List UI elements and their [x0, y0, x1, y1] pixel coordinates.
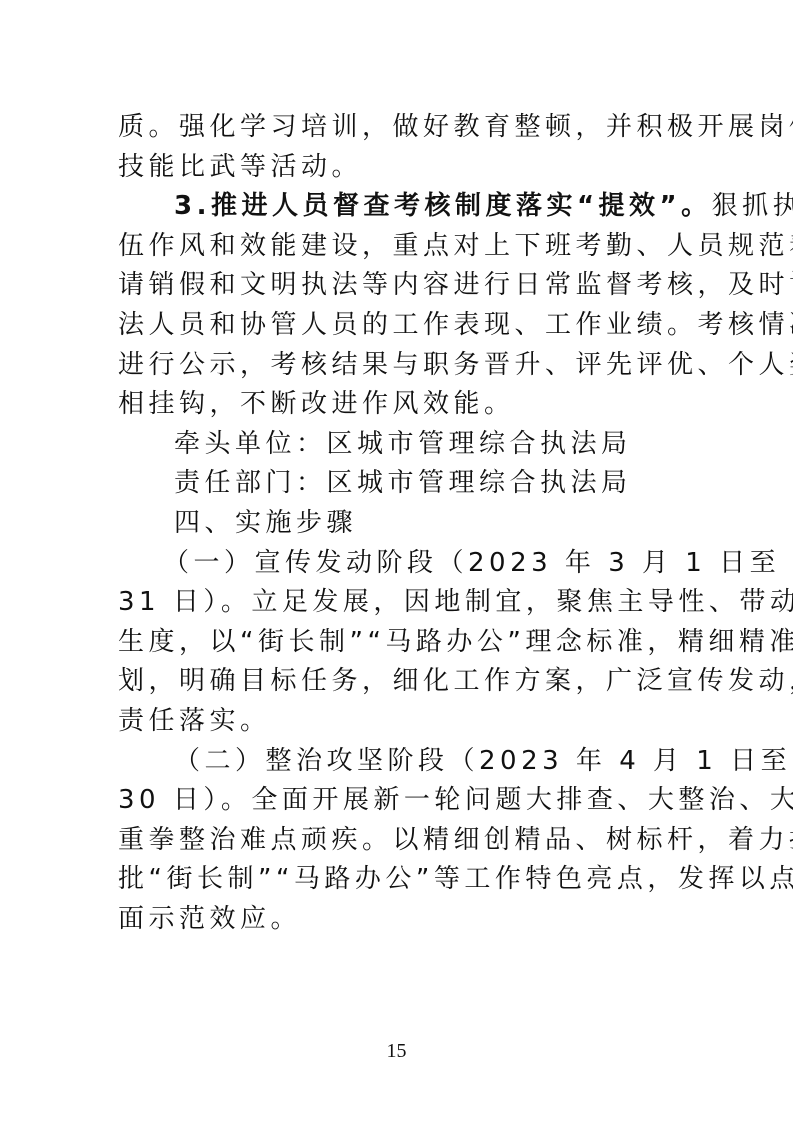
- page-number: 15: [0, 1040, 793, 1063]
- paragraph-line: 重拳整治难点顽疾。以精细创精品、树标杆，着力打造一: [118, 821, 678, 861]
- paragraph-line: 面示范效应。: [118, 900, 678, 940]
- section-heading-line: 3.推进人员督查考核制度落实“提效”。狠抓执法队: [118, 187, 678, 227]
- section-heading: 3.推进人员督查考核制度落实“提效”。: [174, 191, 712, 221]
- paragraph-line: 伍作风和效能建设，重点对上下班考勤、人员规范着装、: [118, 227, 678, 267]
- document-body: 质。强化学习培训，做好教育整顿，并积极开展岗位练兵 技能比武等活动。 3.推进人…: [118, 108, 678, 939]
- paragraph-line: 质。强化学习培训，做好教育整顿，并积极开展岗位练兵: [118, 108, 678, 148]
- stage-two-title-line: （二）整治攻坚阶段（2023 年 4 月 1 日至 2023 年 10 月: [118, 742, 678, 782]
- paragraph-line: 技能比武等活动。: [118, 148, 678, 188]
- paragraph-line: 批“街长制”“马路办公”等工作特色亮点，发挥以点带: [118, 860, 678, 900]
- responsible-dept-line: 责任部门：区城市管理综合执法局: [118, 464, 678, 504]
- paragraph-line: 30 日）。全面开展新一轮问题大排查、大整治、大攻坚，: [118, 781, 678, 821]
- section-title: 四、实施步骤: [118, 504, 678, 544]
- paragraph-line: 责任落实。: [118, 702, 678, 742]
- paragraph-line: 进行公示，考核结果与职务晋升、评先评优、个人奖惩等: [118, 346, 678, 386]
- lead-unit-line: 牵头单位：区城市管理综合执法局: [118, 425, 678, 465]
- paragraph-line: 生度，以“街长制”“马路办公”理念标准，精细精准谋: [118, 623, 678, 663]
- paragraph-line: 相挂钩，不断改进作风效能。: [118, 385, 678, 425]
- paragraph-line: 划，明确目标任务，细化工作方案，广泛宣传发动，抓好: [118, 662, 678, 702]
- paragraph-text: 狠抓执法队: [712, 191, 793, 221]
- paragraph-line: 法人员和协管人员的工作表现、工作业绩。考核情况每月: [118, 306, 678, 346]
- stage-one-title-line: （一）宣传发动阶段（2023 年 3 月 1 日至 2023 年 3 月: [118, 544, 678, 584]
- paragraph-line: 请销假和文明执法等内容进行日常监督考核，及时记录执: [118, 266, 678, 306]
- document-page: 质。强化学习培训，做好教育整顿，并积极开展岗位练兵 技能比武等活动。 3.推进人…: [0, 0, 793, 1122]
- paragraph-line: 31 日）。立足发展，因地制宜，聚焦主导性、带动力、民: [118, 583, 678, 623]
